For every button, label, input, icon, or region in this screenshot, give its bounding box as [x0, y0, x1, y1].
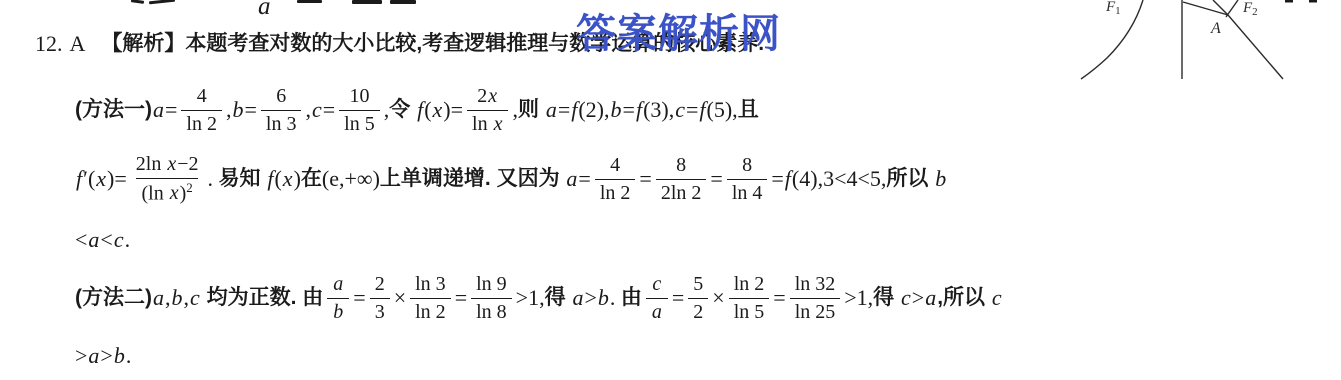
fraction-denominator: ln 5: [729, 298, 770, 324]
fraction-numerator: 2x: [472, 85, 503, 110]
fraction: 4ln 2: [181, 85, 222, 136]
math-run: =: [455, 285, 467, 311]
math-run: ln 2: [186, 113, 217, 135]
math-variable: f: [636, 97, 642, 123]
solution-line-method1: (方法一)a=4ln 2,b=6ln 3,c=10ln 5,令 f(x)=2xl…: [75, 82, 759, 138]
math-variable: x: [488, 85, 497, 107]
math-variable: f: [785, 166, 791, 192]
fraction: 6ln 3: [261, 85, 302, 136]
text-run: 所以: [886, 166, 934, 191]
math-run: =: [623, 97, 635, 123]
math-variable: x: [433, 97, 443, 123]
fraction-numerator: 4: [605, 154, 625, 179]
math-run: 8: [676, 154, 686, 176]
math-run: =: [771, 166, 783, 192]
math-variable: a: [652, 301, 662, 323]
fraction: 82ln 2: [656, 154, 707, 205]
math-variable: b: [598, 285, 609, 311]
fraction-numerator: 10: [344, 85, 374, 110]
fraction-denominator: ln 4: [727, 179, 768, 205]
fraction-numerator: 5: [688, 273, 708, 298]
fraction-numerator: ln 32: [790, 273, 841, 298]
math-run: (e,+∞): [322, 166, 380, 192]
math-run: ln 9: [476, 273, 507, 295]
math-variable: c: [114, 227, 124, 253]
math-run: ln 2: [415, 301, 446, 323]
math-run: ln 32: [795, 273, 836, 295]
fraction-numerator: 2: [370, 273, 390, 298]
math-run: 8: [742, 154, 752, 176]
math-variable: f: [699, 97, 705, 123]
math-run: =: [353, 285, 365, 311]
secant-line: [1228, 15, 1283, 79]
fraction-denominator: ln 2: [410, 298, 451, 324]
fraction-denominator: a: [646, 298, 668, 324]
fraction-denominator: 2ln 2: [656, 179, 707, 205]
fraction: 2xln x: [467, 85, 508, 136]
text-run: 且: [738, 97, 759, 122]
fraction-denominator: ln 5: [339, 110, 380, 136]
text-run: 在: [301, 166, 322, 191]
fraction-numerator: ln 3: [410, 273, 451, 298]
math-run: 3: [375, 301, 385, 323]
fraction: 2ln x−2(ln x)2: [131, 153, 204, 206]
math-run: >: [584, 285, 596, 311]
math-run: =: [773, 285, 785, 311]
fraction-denominator: 3: [370, 298, 390, 324]
math-run: (ln: [141, 182, 168, 204]
fraction-numerator: c: [646, 273, 667, 298]
math-run: ln: [472, 113, 493, 135]
math-run: ln 3: [266, 113, 297, 135]
solution-line-derivative: f′(x)=2ln x−2(ln x)2. 易知 f(x)在(e,+∞)上单调递…: [75, 148, 947, 210]
math-run: )=: [443, 97, 463, 123]
hyperbola-figure-fragment: F1 F2 A: [1075, 0, 1341, 82]
fraction-numerator: ln 2: [729, 273, 770, 298]
math-run: (2),: [578, 97, 609, 123]
math-run: )=: [107, 166, 127, 192]
fraction: ln 3ln 2: [410, 273, 451, 324]
cutoff-fragment: [390, 0, 416, 4]
fraction-denominator: (ln x)2: [136, 178, 197, 206]
math-variable: f: [571, 97, 577, 123]
math-run: 10: [349, 85, 369, 107]
math-run: >1,: [844, 285, 873, 311]
math-run: =: [244, 97, 256, 123]
fraction-numerator: ln 9: [471, 273, 512, 298]
math-variable: b: [114, 343, 125, 369]
math-variable: a: [566, 166, 577, 192]
text-run: 由: [621, 285, 642, 310]
math-run: ,: [305, 97, 311, 123]
solution-line-method2: (方法二)a,b,c 均为正数. 由ab=23×ln 3ln 2=ln 9ln …: [75, 266, 1003, 330]
math-run: >: [100, 343, 112, 369]
math-run: (4),3<4<5,: [792, 166, 886, 192]
math-run: =: [686, 97, 698, 123]
fraction: ab: [327, 273, 349, 324]
superscript: 2: [186, 180, 193, 195]
math-run: ln 3: [415, 273, 446, 295]
math-run: 2ln: [136, 153, 167, 175]
math-variable: f: [267, 166, 273, 192]
fraction-numerator: a: [327, 273, 349, 298]
solution-page: a 答案解析网 F1 F2 A 12.A【解析】本题考查对数的大小比较,考查逻辑…: [0, 0, 1341, 380]
math-variable: c: [992, 285, 1002, 311]
text-run: 均为正数. 由: [201, 285, 324, 310]
math-run: ′(: [83, 166, 95, 192]
point-label-a: A: [1210, 20, 1221, 37]
fraction-denominator: ln x: [467, 110, 508, 136]
math-run: −2: [177, 153, 198, 175]
math-variable: a: [333, 273, 343, 295]
text-run: 上单调递增. 又因为: [380, 166, 566, 191]
math-variable: a: [572, 285, 583, 311]
fraction: ln 9ln 8: [471, 273, 512, 324]
text-run: 【解析】本题考查对数的大小比较,考查逻辑推理与数学运算的核心素养.: [101, 31, 764, 56]
math-run: ln 2: [734, 273, 765, 295]
math-run: =: [639, 166, 651, 192]
math-run: ln 8: [476, 301, 507, 323]
math-run: (: [274, 166, 281, 192]
cutoff-fragment: [352, 0, 382, 4]
fraction: 4ln 2: [595, 154, 636, 205]
math-variable: b: [232, 97, 243, 123]
math-run: 6: [276, 85, 286, 107]
math-run: (: [424, 97, 431, 123]
fraction: 52: [688, 273, 708, 324]
fraction-denominator: b: [327, 298, 349, 324]
focus-label-f1: F1: [1105, 0, 1121, 17]
math-run: 4: [197, 85, 207, 107]
text-run: (方法一): [75, 97, 152, 122]
math-variable: a: [88, 227, 99, 253]
math-variable: x: [96, 166, 106, 192]
text-run: ,所以: [937, 285, 991, 310]
math-run: .: [610, 285, 621, 311]
math-variable: c: [675, 97, 685, 123]
text-run: 令: [389, 97, 416, 122]
math-variable: a: [88, 343, 99, 369]
math-run: =: [578, 166, 590, 192]
math-variable: a: [925, 285, 936, 311]
fraction-numerator: 2ln x−2: [131, 153, 204, 178]
math-run: =: [165, 97, 177, 123]
fraction-denominator: ln 25: [790, 298, 841, 324]
math-run: (5),: [707, 97, 738, 123]
math-variable: a: [153, 285, 164, 311]
math-run: 2ln 2: [661, 182, 702, 204]
math-run: 2: [693, 301, 703, 323]
math-run: =: [558, 97, 570, 123]
text-run: 则: [518, 97, 545, 122]
math-run: 2: [375, 273, 385, 295]
math-run: <: [75, 227, 87, 253]
math-variable: b: [172, 285, 183, 311]
fraction-denominator: ln 2: [181, 110, 222, 136]
focus-label-f2: F2: [1242, 0, 1258, 18]
fraction-denominator: ln 3: [261, 110, 302, 136]
fraction: ln 32ln 25: [790, 273, 841, 324]
focal-line-right: [1226, 0, 1238, 17]
math-run: ln 4: [732, 182, 763, 204]
math-variable: c: [652, 273, 661, 295]
fraction: 8ln 4: [727, 154, 768, 205]
math-variable: c: [901, 285, 911, 311]
math-variable: x: [494, 113, 503, 135]
fraction: ca: [646, 273, 668, 324]
cutoff-fragment: [1285, 0, 1293, 3]
text-run: 得: [545, 285, 572, 310]
math-variable: a: [153, 97, 164, 123]
text-run: 易知: [219, 166, 267, 191]
fraction: ln 2ln 5: [729, 273, 770, 324]
math-variable: b: [333, 301, 343, 323]
solution-line-conclusion2: >a>b.: [75, 338, 131, 374]
cutoff-fragment: [297, 0, 322, 3]
cutoff-fragment: [1309, 0, 1317, 3]
solution-line-conclusion1: <a<c.: [75, 222, 130, 258]
fraction-numerator: 4: [192, 85, 212, 110]
fraction-denominator: ln 2: [595, 179, 636, 205]
math-run: ): [294, 166, 301, 192]
fraction-denominator: ln 8: [471, 298, 512, 324]
math-run: =: [323, 97, 335, 123]
text-run: 得: [873, 285, 900, 310]
fraction-numerator: 8: [671, 154, 691, 179]
math-run: .: [126, 343, 132, 369]
math-run: 2: [477, 85, 487, 107]
math-run: =: [710, 166, 722, 192]
math-run: A: [70, 31, 86, 57]
math-run: >: [75, 343, 87, 369]
math-run: 12.: [35, 31, 63, 57]
math-run: ,: [165, 285, 171, 311]
cutoff-denominator-variable: a: [258, 0, 271, 21]
math-run: >: [912, 285, 924, 311]
math-run: ln 5: [734, 301, 765, 323]
math-run: ln 25: [795, 301, 836, 323]
math-variable: x: [283, 166, 293, 192]
cutoff-fragment: [131, 0, 144, 4]
math-run: ×: [712, 285, 724, 311]
solution-header-line: 12.A【解析】本题考查对数的大小比较,考查逻辑推理与数学运算的核心素养.: [35, 28, 764, 60]
cutoff-fragment: [149, 0, 175, 4]
math-variable: b: [611, 97, 622, 123]
math-run: ln 5: [344, 113, 375, 135]
math-variable: b: [935, 166, 946, 192]
math-variable: c: [312, 97, 322, 123]
math-run: .: [125, 227, 131, 253]
math-run: .: [208, 166, 219, 192]
math-variable: c: [190, 285, 200, 311]
math-run: =: [672, 285, 684, 311]
math-run: <: [100, 227, 112, 253]
math-run: ,: [184, 285, 190, 311]
fraction: 23: [370, 273, 390, 324]
fraction-numerator: 8: [737, 154, 757, 179]
fraction-numerator: 6: [271, 85, 291, 110]
math-variable: x: [167, 153, 176, 175]
math-run: (3),: [643, 97, 674, 123]
math-run: ×: [394, 285, 406, 311]
math-run: ,: [226, 97, 232, 123]
math-variable: a: [546, 97, 557, 123]
fraction-denominator: 2: [688, 298, 708, 324]
math-run: >1,: [516, 285, 545, 311]
math-variable: x: [170, 182, 179, 204]
math-run: 4: [610, 154, 620, 176]
math-run: 5: [693, 273, 703, 295]
text-run: (方法二): [75, 285, 152, 310]
math-variable: f: [417, 97, 423, 123]
math-run: ln 2: [600, 182, 631, 204]
fraction: 10ln 5: [339, 85, 380, 136]
math-variable: f: [76, 166, 82, 192]
